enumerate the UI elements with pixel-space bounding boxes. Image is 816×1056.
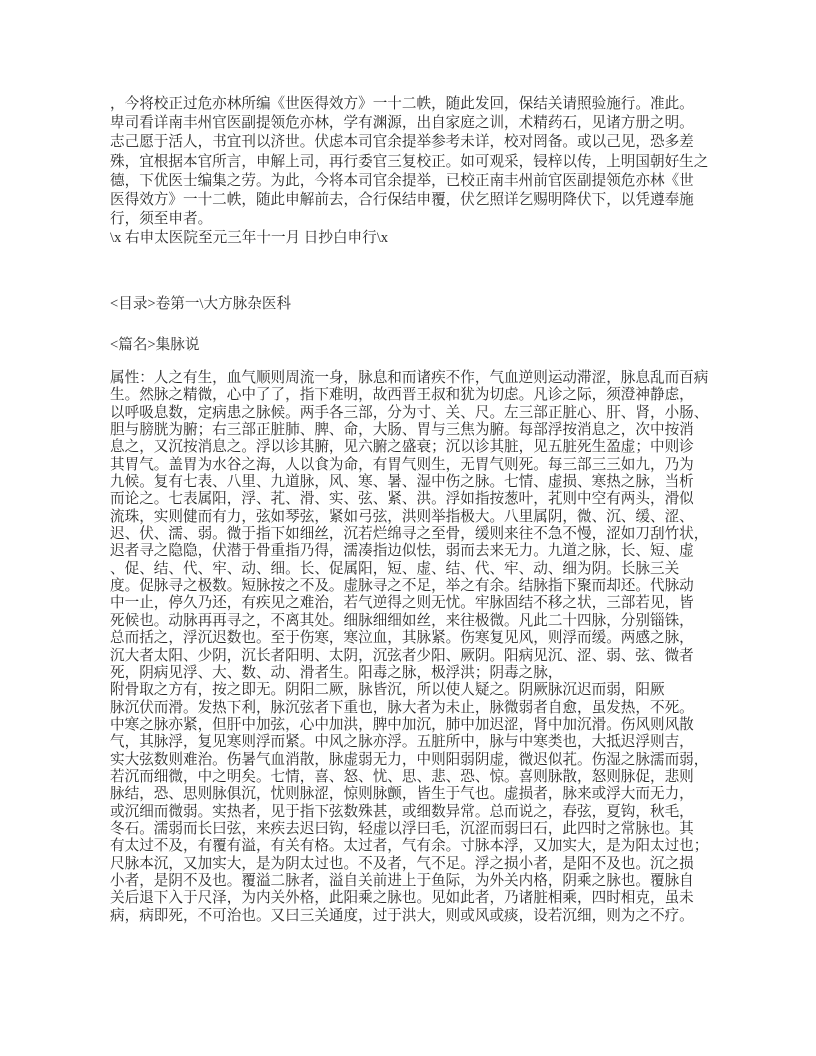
text-line: 附骨取之方有，按之即无。阴阳二厥，脉皆沉，所以使人疑之。阴厥脉沉迟而弱，阳厥 [110,682,732,699]
text-line: 脉结，恐、思则脉俱沉，忧则脉涩，惊则脉颤，皆生于气也。虚损者，脉来或浮大而无力， [110,786,732,803]
text-line: 死，阴病见浮、大、数、动、滑者生。阳毒之脉，极浮洪；阴毒之脉， [110,665,732,682]
text-line: 沉大者太阳、少阴，沉长者阳明、太阴，沉弦者少阳、厥阴。阳病见沉、涩、弱、弦、微者 [110,648,732,665]
text-line: 九候。复有七表、八里、九道脉，风、寒、暑、湿中伤之脉。七情、虚损、寒热之脉，当析 [110,474,732,491]
text-line: 息之，又沉按消息之。浮以诊其腑，见六腑之盛衰；沉以诊其脏，见五脏死生盈虚；中则诊 [110,439,732,456]
text-line: 中寒之脉亦紧，但肝中加弦，心中加洪，脾中加沉，肺中加迟涩，肾中加沉滑。伤风则风散 [110,717,732,734]
text-line: 以呼吸息数，定病患之脉候。两手各三部，分为寸、关、尺。左三部正脏心、肝、肾，小肠… [110,405,732,422]
text-line: 关后退下入于尺泽，为内关外格，此阳乘之脉也。见如此者，乃诸脏相乘，四时相克，虽未 [110,890,732,907]
text-line: 殊，宜根据本官所言，申解上司，再行委官三复校正。如可观采，锓梓以传，上明国朝好生… [110,153,732,172]
text-line: 、促、结、代、牢、动、细。长、促属阳，短、虚、结、代、牢、动、细为阴。长脉三关 [110,561,732,578]
text-line: 卑司看详南丰州官医副提领危亦林，学有渊源，出自家庭之训，术精药石，见诸方册之明。 [110,114,732,133]
text-line: 属性：人之有生，血气顺则周流一身，脉息和而诸疾不作，气血逆则运动滞涩，脉息乱而百… [110,370,732,387]
text-line: 尺脉本沉，又加实大，是为阴太过也。不及者，气不足。浮之损小者，是阳不及也。沉之损 [110,856,732,873]
text-line: 气，其脉浮，复见寒则浮而紧。中风之脉亦浮。五脏所中，脉与中寒类也，大抵迟浮则吉， [110,734,732,751]
body-text-block: 属性：人之有生，血气顺则周流一身，脉息和而诸疾不作，气血逆则运动滞涩，脉息乱而百… [110,370,732,925]
text-line: 脉沉伏而滑。发热下利，脉沉弦者下重也，脉大者为未止，脉微弱者自愈，虽发热，不死。 [110,700,732,717]
catalog-heading: <目录>卷第一\大方脉杂医科 [110,296,732,313]
text-line: 实大弦数则难治。伤暑气血消散，脉虚弱无力，中则阳弱阴虚，微迟似芤。伤湿之脉濡而弱… [110,752,732,769]
text-line: 或沉细而微弱。实热者，见于指下弦数殊甚，或细数异常。总而说之，春弦，夏钩，秋毛， [110,804,732,821]
text-line: 冬石。濡弱而长曰弦，来疾去迟曰钩，轻虚以浮曰毛，沉涩而弱曰石，此四时之常脉也。其 [110,821,732,838]
section-title-heading: <篇名>集脉说 [110,337,732,354]
text-line: 其胃气。盖胃为水谷之海，人以食为命，有胃气则生，无胃气则死。每三部三三如九，乃为 [110,457,732,474]
text-line: 流珠，实则健而有力，弦如琴弦，紧如弓弦，洪则举指极大。八里属阴，微、沉、缓、涩、 [110,509,732,526]
text-line: 病，病即死，不可治也。又曰三关通度，过于洪大，则或风或痰，设若沉细，则为之不疗。 [110,908,732,925]
text-line: 迟者寻之隐隐，伏潜于骨重指乃得，濡凑指边似怯，弱而去来无力。九道之脉，长、短、虚 [110,543,732,560]
text-line: 若沉而细微，中之明矣。七情，喜、怒、忧、思、悲、恐、惊。喜则脉散，怒则脉促，悲则 [110,769,732,786]
document-page: ，今将校正过危亦林所编《世医得效方》一十二帙，随此发回，保结关请照验施行。准此。… [0,0,816,1056]
text-line: 医得效方》一十二帙，随此申解前去，合行保结申覆，伏乞照详乞赐明降伏下，以凭遵奉施 [110,191,732,210]
text-line: 中一止，停久乃还，有疾见之难治，若气逆得之则无忧。牢脉固结不移之状，三部若见，皆 [110,595,732,612]
record-annotation-line: \x 右申太医院至元三年十一月 日抄白申行\x [110,229,732,248]
text-line: 德，下优医士编集之劳。为此，今将本司官余提举，已校正南丰州前官医副提领危亦林《世 [110,172,732,191]
text-line: 小者，是阴不及也。覆溢二脉者，溢自关前进上于鱼际，为外关内格，阴乘之脉也。覆脉自 [110,873,732,890]
text-line: 有太过不及，有覆有溢，有关有格。太过者，气有余。寸脉本浮，又加实大，是为阳太过也… [110,838,732,855]
text-line: 志己愿于活人，书宜刊以济世。伏虑本司官余提举参考未详，校对罔备。或以己见，恐多差 [110,133,732,152]
text-line: ，今将校正过危亦林所编《世医得效方》一十二帙，随此发回，保结关请照验施行。准此。 [110,95,732,114]
text-line: 生。然脉之精微，心中了了，指下难明，故西晋王叔和犹为切虑。凡诊之际，须澄神静虑， [110,387,732,404]
memorial-header-paragraph: ，今将校正过危亦林所编《世医得效方》一十二帙，随此发回，保结关请照验施行。准此。… [110,95,732,229]
text-line: 度。促脉寻之极数。短脉按之不及。虚脉寻之不足，举之有余。结脉指下聚而却还。代脉动 [110,578,732,595]
text-line: 胆与膀胱为腑；右三部正脏肺、脾、命，大肠、胃与三焦为腑。每部浮按消息之，次中按消 [110,422,732,439]
text-line: 而论之。七表属阳，浮、芤、滑、实、弦、紧、洪。浮如指按葱叶，芤则中空有两头，滑似 [110,491,732,508]
text-line: 迟、伏、濡、弱。微于指下如细丝，沉若烂绵寻之至骨，缓则来往不急不慢，涩如刀刮竹状… [110,526,732,543]
text-line: 总而括之，浮沉迟数也。至于伤寒，寒泣血，其脉紧。伤寒复见风，则浮而缓。两感之脉， [110,630,732,647]
text-line: 死候也。动脉再再寻之，不离其处。细脉细细如丝，来往极微。凡此二十四脉，分别锱铢， [110,613,732,630]
text-line: 行，须至申者。 [110,210,732,229]
